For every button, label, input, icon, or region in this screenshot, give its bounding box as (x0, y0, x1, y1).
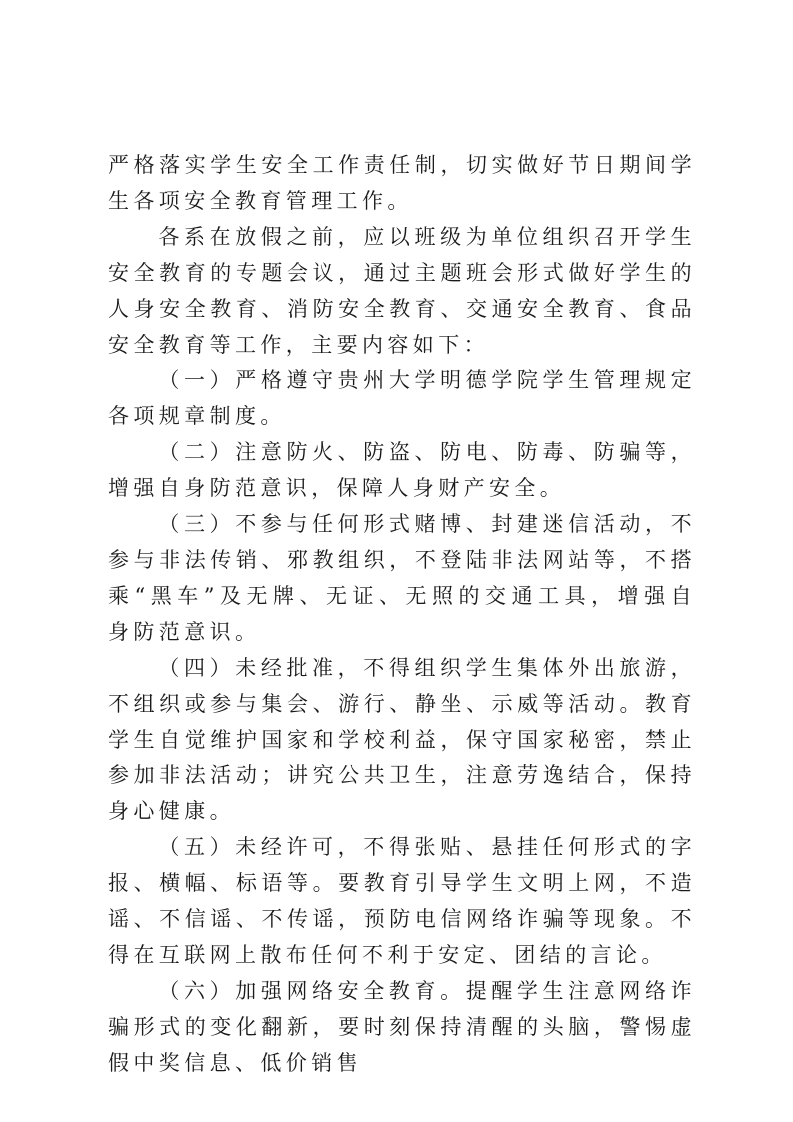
paragraph-item-3: （三）不参与任何形式赌博、封建迷信活动，不参与非法传销、邪教组织，不登陆非法网站… (108, 507, 696, 651)
paragraph-item-1: （一）严格遵守贵州大学明德学院学生管理规定各项规章制度。 (108, 363, 696, 435)
paragraph-continuation: 严格落实学生安全工作责任制，切实做好节日期间学生各项安全教育管理工作。 (108, 148, 696, 220)
paragraph-item-4: （四）未经批准，不得组织学生集体外出旅游，不组织或参与集会、游行、静坐、示威等活… (108, 651, 696, 831)
paragraph-item-5: （五）未经许可，不得张贴、悬挂任何形式的字报、横幅、标语等。要教育引导学生文明上… (108, 830, 696, 974)
paragraph-intro: 各系在放假之前，应以班级为单位组织召开学生安全教育的专题会议，通过主题班会形式做… (108, 220, 696, 364)
document-page: 严格落实学生安全工作责任制，切实做好节日期间学生各项安全教育管理工作。 各系在放… (108, 148, 696, 1082)
paragraph-item-2: （二）注意防火、防盗、防电、防毒、防骗等，增强自身防范意识，保障人身财产安全。 (108, 435, 696, 507)
paragraph-item-6: （六）加强网络安全教育。提醒学生注意网络诈骗形式的变化翻新，要时刻保持清醒的头脑… (108, 974, 696, 1082)
